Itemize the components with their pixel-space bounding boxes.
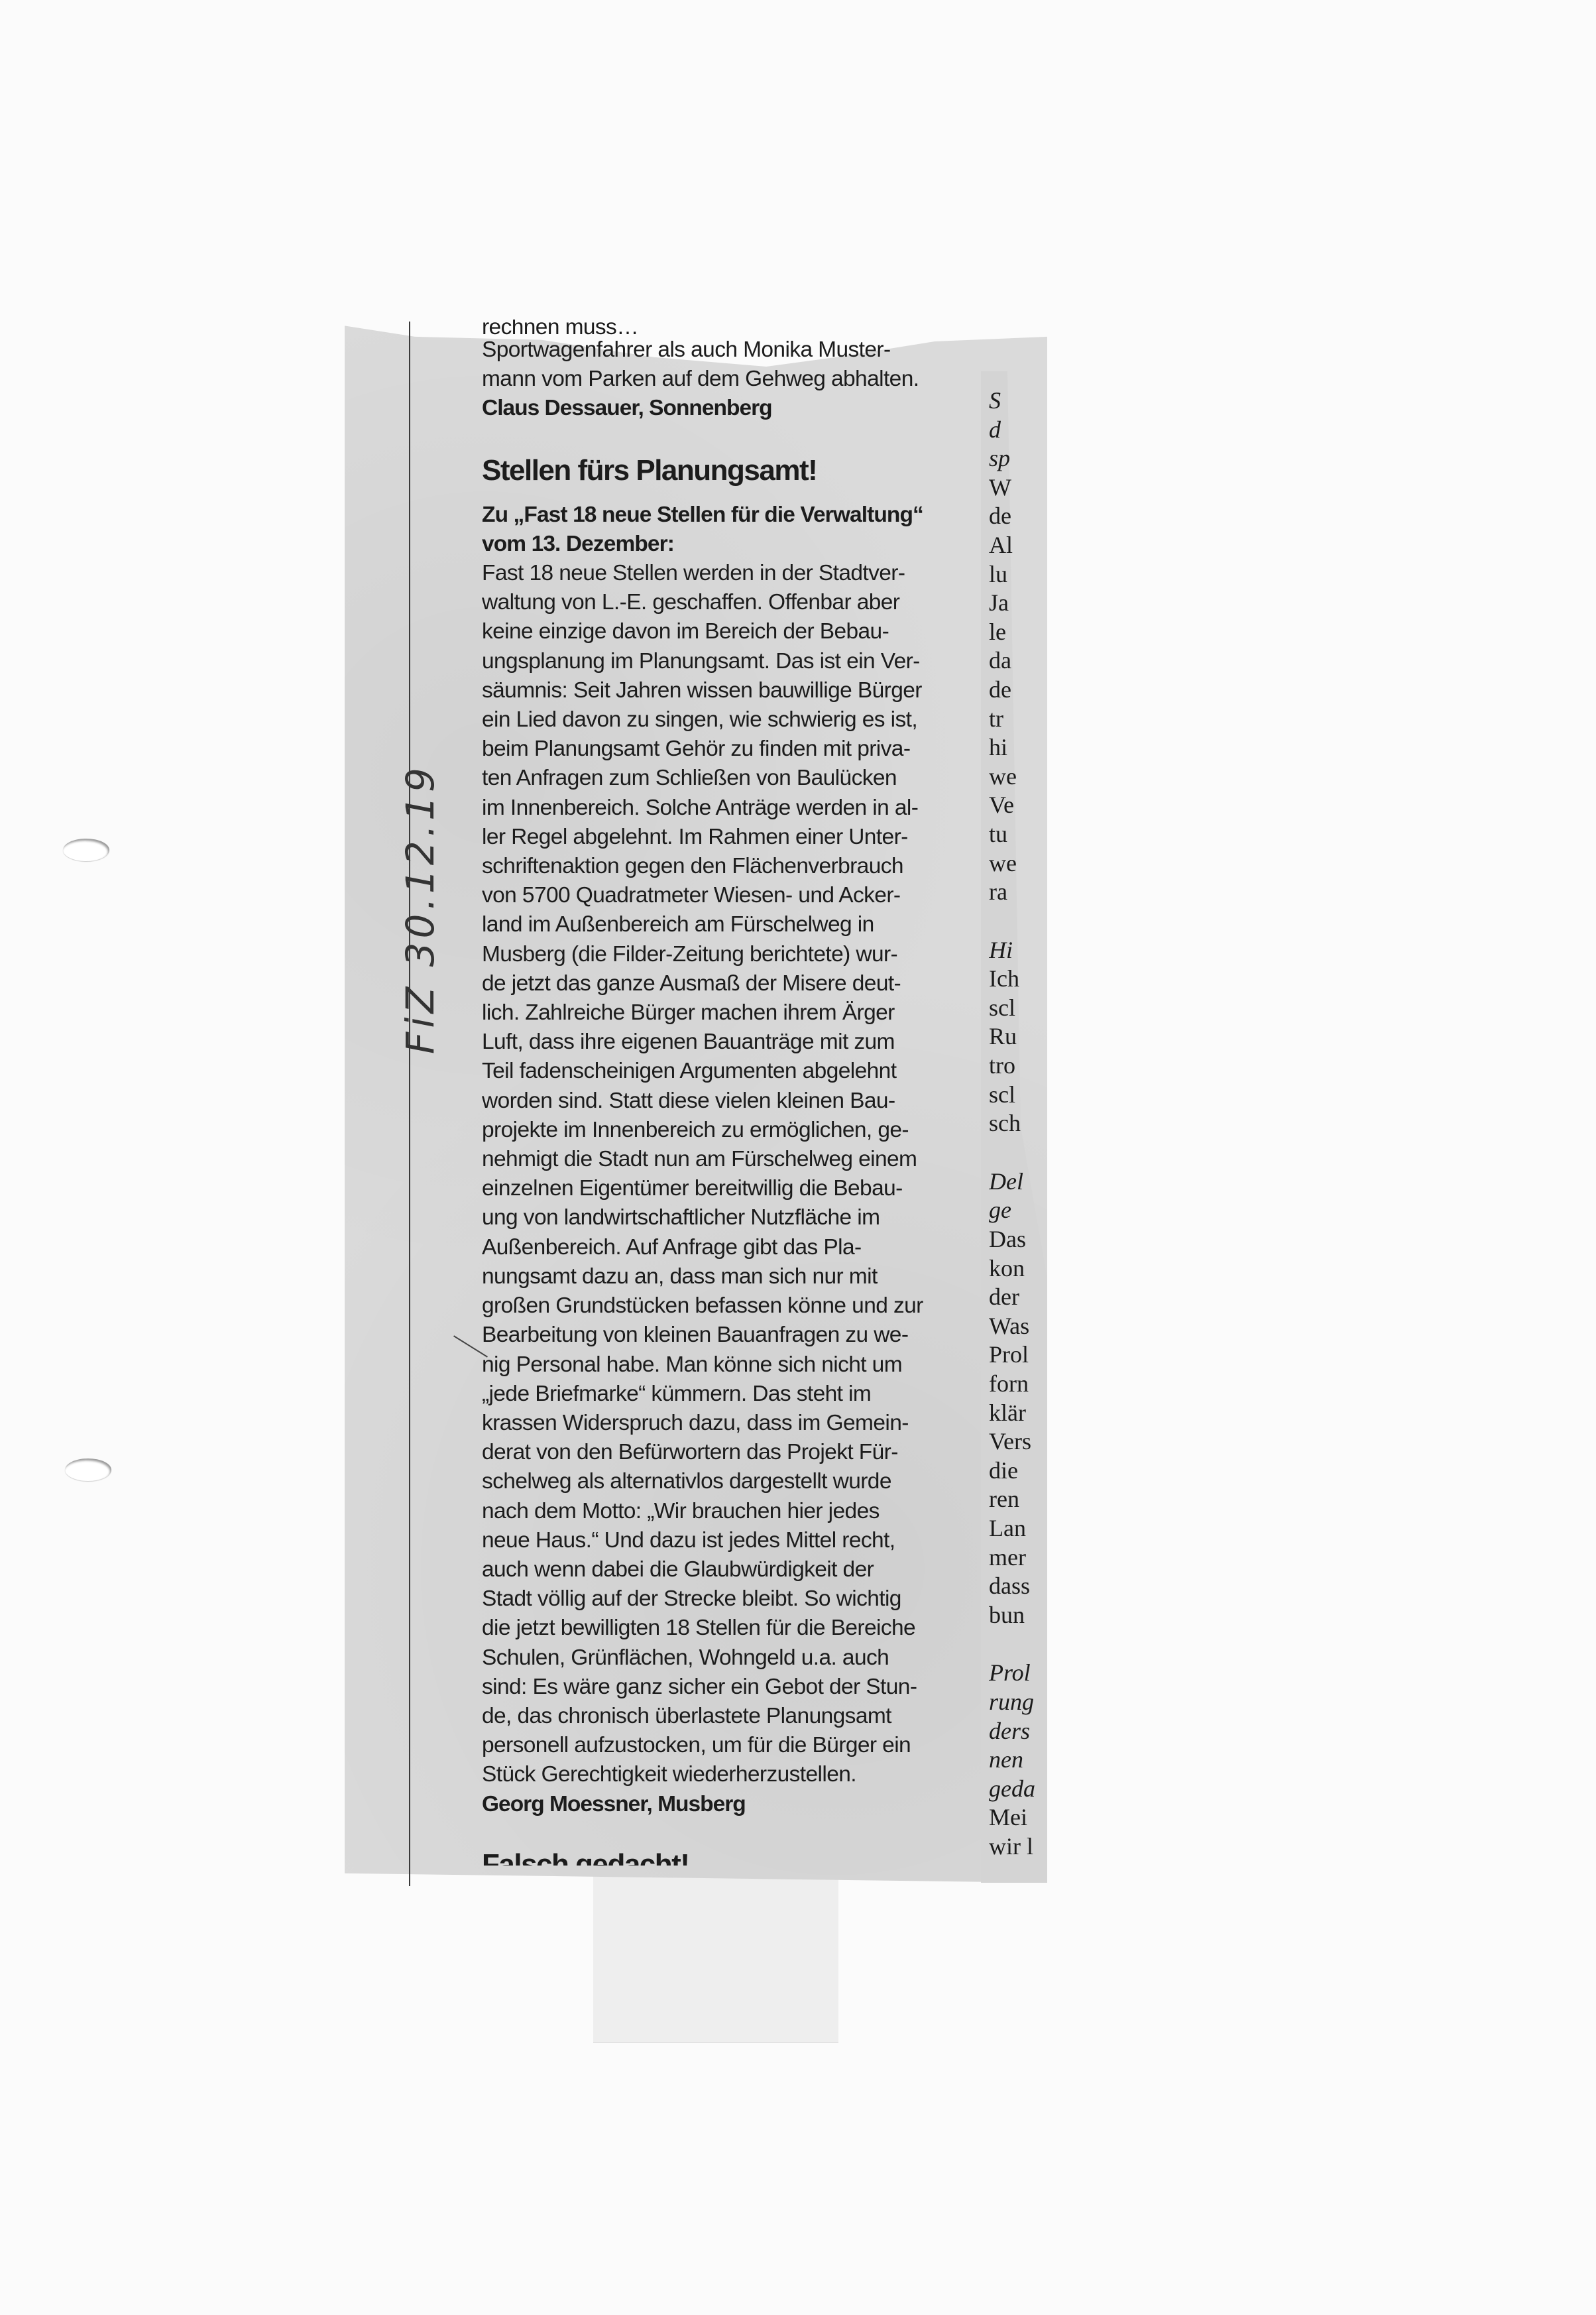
body-line: nehmigt die Stadt nun am Fürschelweg ein… [482, 1145, 999, 1174]
fragment-line: kon [989, 1254, 1049, 1283]
fragment-line: mer [989, 1543, 1049, 1573]
body-line: die jetzt bewilligten 18 Stellen für die… [482, 1614, 999, 1643]
fragment-line: scl [989, 1081, 1049, 1110]
fragment-line: Prol [989, 1340, 1049, 1370]
next-letter-headline: Falsch gedacht! [482, 1846, 999, 1866]
body-line: Außenbereich. Auf Anfrage gibt das Pla- [482, 1233, 999, 1262]
body-line: waltung von L.-E. geschaffen. Offenbar a… [482, 588, 999, 617]
body-line: ten Anfragen zum Schließen von Baulücken [482, 764, 999, 793]
body-line: nig Personal habe. Man könne sich nicht … [482, 1350, 999, 1380]
body-line: Fast 18 neue Stellen werden in der Stadt… [482, 559, 999, 588]
body-line: de, das chronisch überlastete Planungsam… [482, 1702, 999, 1731]
fragment-line: bun [989, 1601, 1049, 1630]
body-line: säumnis: Seit Jahren wissen bauwillige B… [482, 676, 999, 705]
fragment-line: hi [989, 733, 1049, 762]
fragment-line: Vers [989, 1427, 1049, 1456]
body-line: derat von den Befürwortern das Projekt F… [482, 1438, 999, 1467]
fragment-line: scl [989, 994, 1049, 1023]
column-rule [409, 322, 410, 1886]
body-line: neue Haus.“ Und dazu ist jedes Mittel re… [482, 1526, 999, 1555]
body-line: schriftenaktion gegen den Flächenverbrau… [482, 852, 999, 881]
body-line: nungsamt dazu an, dass man sich nur mit [482, 1262, 999, 1291]
fragment-line: Ich [989, 965, 1049, 994]
fragment-line: de [989, 676, 1049, 705]
fragment-line: geda [989, 1775, 1049, 1804]
fragment-line: sp [989, 444, 1049, 473]
letter-body: Fast 18 neue Stellen werden in der Stadt… [482, 559, 999, 1790]
fragment-line: ra [989, 878, 1049, 907]
body-line: einzelnen Eigentümer bereitwillig die Be… [482, 1174, 999, 1203]
body-line: Bearbeitung von kleinen Bauanfragen zu w… [482, 1321, 999, 1350]
fragment-line: sch [989, 1109, 1049, 1138]
body-line: lich. Zahlreiche Bürger machen ihrem Ärg… [482, 998, 999, 1028]
body-line: mann vom Parken auf dem Gehweg abhalten. [482, 365, 999, 394]
intro-line: Zu „Fast 18 neue Stellen für die Verwalt… [482, 501, 999, 530]
fragment-line: we [989, 762, 1049, 792]
fragment-line: forn [989, 1370, 1049, 1399]
body-line: ungsplanung im Planungsamt. Das ist ein … [482, 647, 999, 676]
fragment-line: Hi [989, 936, 1049, 965]
fragment-line: Ja [989, 589, 1049, 618]
fragment-line: d [989, 416, 1049, 445]
fragment-line: S [989, 386, 1049, 416]
handwritten-date-note: FiZ 30.12.19 [398, 736, 437, 1054]
body-line: im Innenbereich. Solche Anträge werden i… [482, 794, 999, 823]
fragment-gap [989, 1138, 1049, 1167]
fragment-line: ge [989, 1196, 1049, 1225]
fragment-line: Ve [989, 791, 1049, 820]
fragment-line: tr [989, 705, 1049, 734]
fragment-line: rung [989, 1688, 1049, 1717]
body-line: ler Regel abgelehnt. Im Rahmen einer Unt… [482, 823, 999, 852]
fragment-line: lu [989, 560, 1049, 589]
body-line: beim Planungsamt Gehör zu finden mit pri… [482, 735, 999, 764]
fragment-line: ren [989, 1485, 1049, 1514]
fragment-line: de [989, 502, 1049, 531]
body-line: von 5700 Quadratmeter Wiesen- und Acker- [482, 881, 999, 910]
body-line: Sportwagenfahrer als auch Monika Muster- [482, 335, 999, 365]
body-line: nach dem Motto: „Wir brauchen hier jedes [482, 1497, 999, 1526]
fragment-gap [989, 907, 1049, 936]
body-line: sind: Es wäre ganz sicher ein Gebot der … [482, 1673, 999, 1702]
fragment-line: Das [989, 1225, 1049, 1254]
letter-headline: Stellen fürs Planungsamt! [482, 453, 999, 489]
letter-author: Claus Dessauer, Sonnenberg [482, 394, 999, 423]
fragment-line: Ru [989, 1022, 1049, 1051]
body-line: ein Lied davon zu singen, wie schwierig … [482, 705, 999, 735]
fragment-line: wir l [989, 1832, 1049, 1862]
fragment-line: tu [989, 820, 1049, 849]
fragment-line: da [989, 646, 1049, 676]
body-line: land im Außenbereich am Fürschelweg in [482, 910, 999, 939]
body-line: Musberg (die Filder-Zeitung berichtete) … [482, 940, 999, 969]
fragment-line: Was [989, 1312, 1049, 1341]
body-line: de jetzt das ganze Ausmaß der Misere deu… [482, 969, 999, 998]
fragment-line: der [989, 1283, 1049, 1312]
body-line: auch wenn dabei die Glaubwürdigkeit der [482, 1555, 999, 1584]
fragment-line: Al [989, 531, 1049, 560]
fragment-line: nen [989, 1746, 1049, 1775]
body-line: worden sind. Statt diese vielen kleinen … [482, 1087, 999, 1116]
fragment-line: we [989, 849, 1049, 878]
letters-column: rechnen muss… Sportwagenfahrer als auch … [482, 320, 999, 1866]
body-line: großen Grundstücken befassen könne und z… [482, 1291, 999, 1321]
fragment-line: tro [989, 1051, 1049, 1081]
fragment-line: klär [989, 1399, 1049, 1428]
punch-hole-bottom [65, 1458, 111, 1481]
body-line: Teil fadenscheinigen Argumenten abgelehn… [482, 1057, 999, 1086]
fragment-line: Mei [989, 1803, 1049, 1832]
cut-top-line: rechnen muss… [482, 320, 999, 335]
body-line: personell aufzustocken, um für die Bürge… [482, 1731, 999, 1760]
adjacent-column-fragments: SdspWdeAlluJaledadetrhiweVetuweraHiIchsc… [989, 386, 1049, 1862]
fragment-line: die [989, 1456, 1049, 1486]
body-line: Stadt völlig auf der Strecke bleibt. So … [482, 1584, 999, 1614]
body-line: Schulen, Grünflächen, Wohngeld u.a. auch [482, 1643, 999, 1673]
fragment-line: Lan [989, 1514, 1049, 1543]
body-line: schelweg als alternativlos dargestellt w… [482, 1467, 999, 1496]
letter-author: Georg Moessner, Musberg [482, 1790, 999, 1819]
fragment-line: Del [989, 1167, 1049, 1197]
body-line: Stück Gerechtigkeit wiederherzustellen. [482, 1760, 999, 1789]
fragment-line: le [989, 618, 1049, 647]
fragment-gap [989, 1630, 1049, 1659]
tape-strip [593, 1856, 838, 2043]
fragment-line: Prol [989, 1659, 1049, 1688]
body-line: krassen Widerspruch dazu, dass im Gemein… [482, 1409, 999, 1438]
body-line: ung von landwirtschaftlicher Nutzfläche … [482, 1203, 999, 1232]
fragment-line: ders [989, 1717, 1049, 1746]
body-line: projekte im Innenbereich zu ermöglichen,… [482, 1116, 999, 1145]
body-line: Luft, dass ihre eigenen Bauanträge mit z… [482, 1028, 999, 1057]
fragment-line: W [989, 473, 1049, 503]
punch-hole-top [63, 839, 109, 861]
intro-line: vom 13. Dezember: [482, 530, 999, 559]
fragment-line: dass [989, 1572, 1049, 1601]
body-line: keine einzige davon im Bereich der Bebau… [482, 617, 999, 646]
body-line: „jede Briefmarke“ kümmern. Das steht im [482, 1380, 999, 1409]
